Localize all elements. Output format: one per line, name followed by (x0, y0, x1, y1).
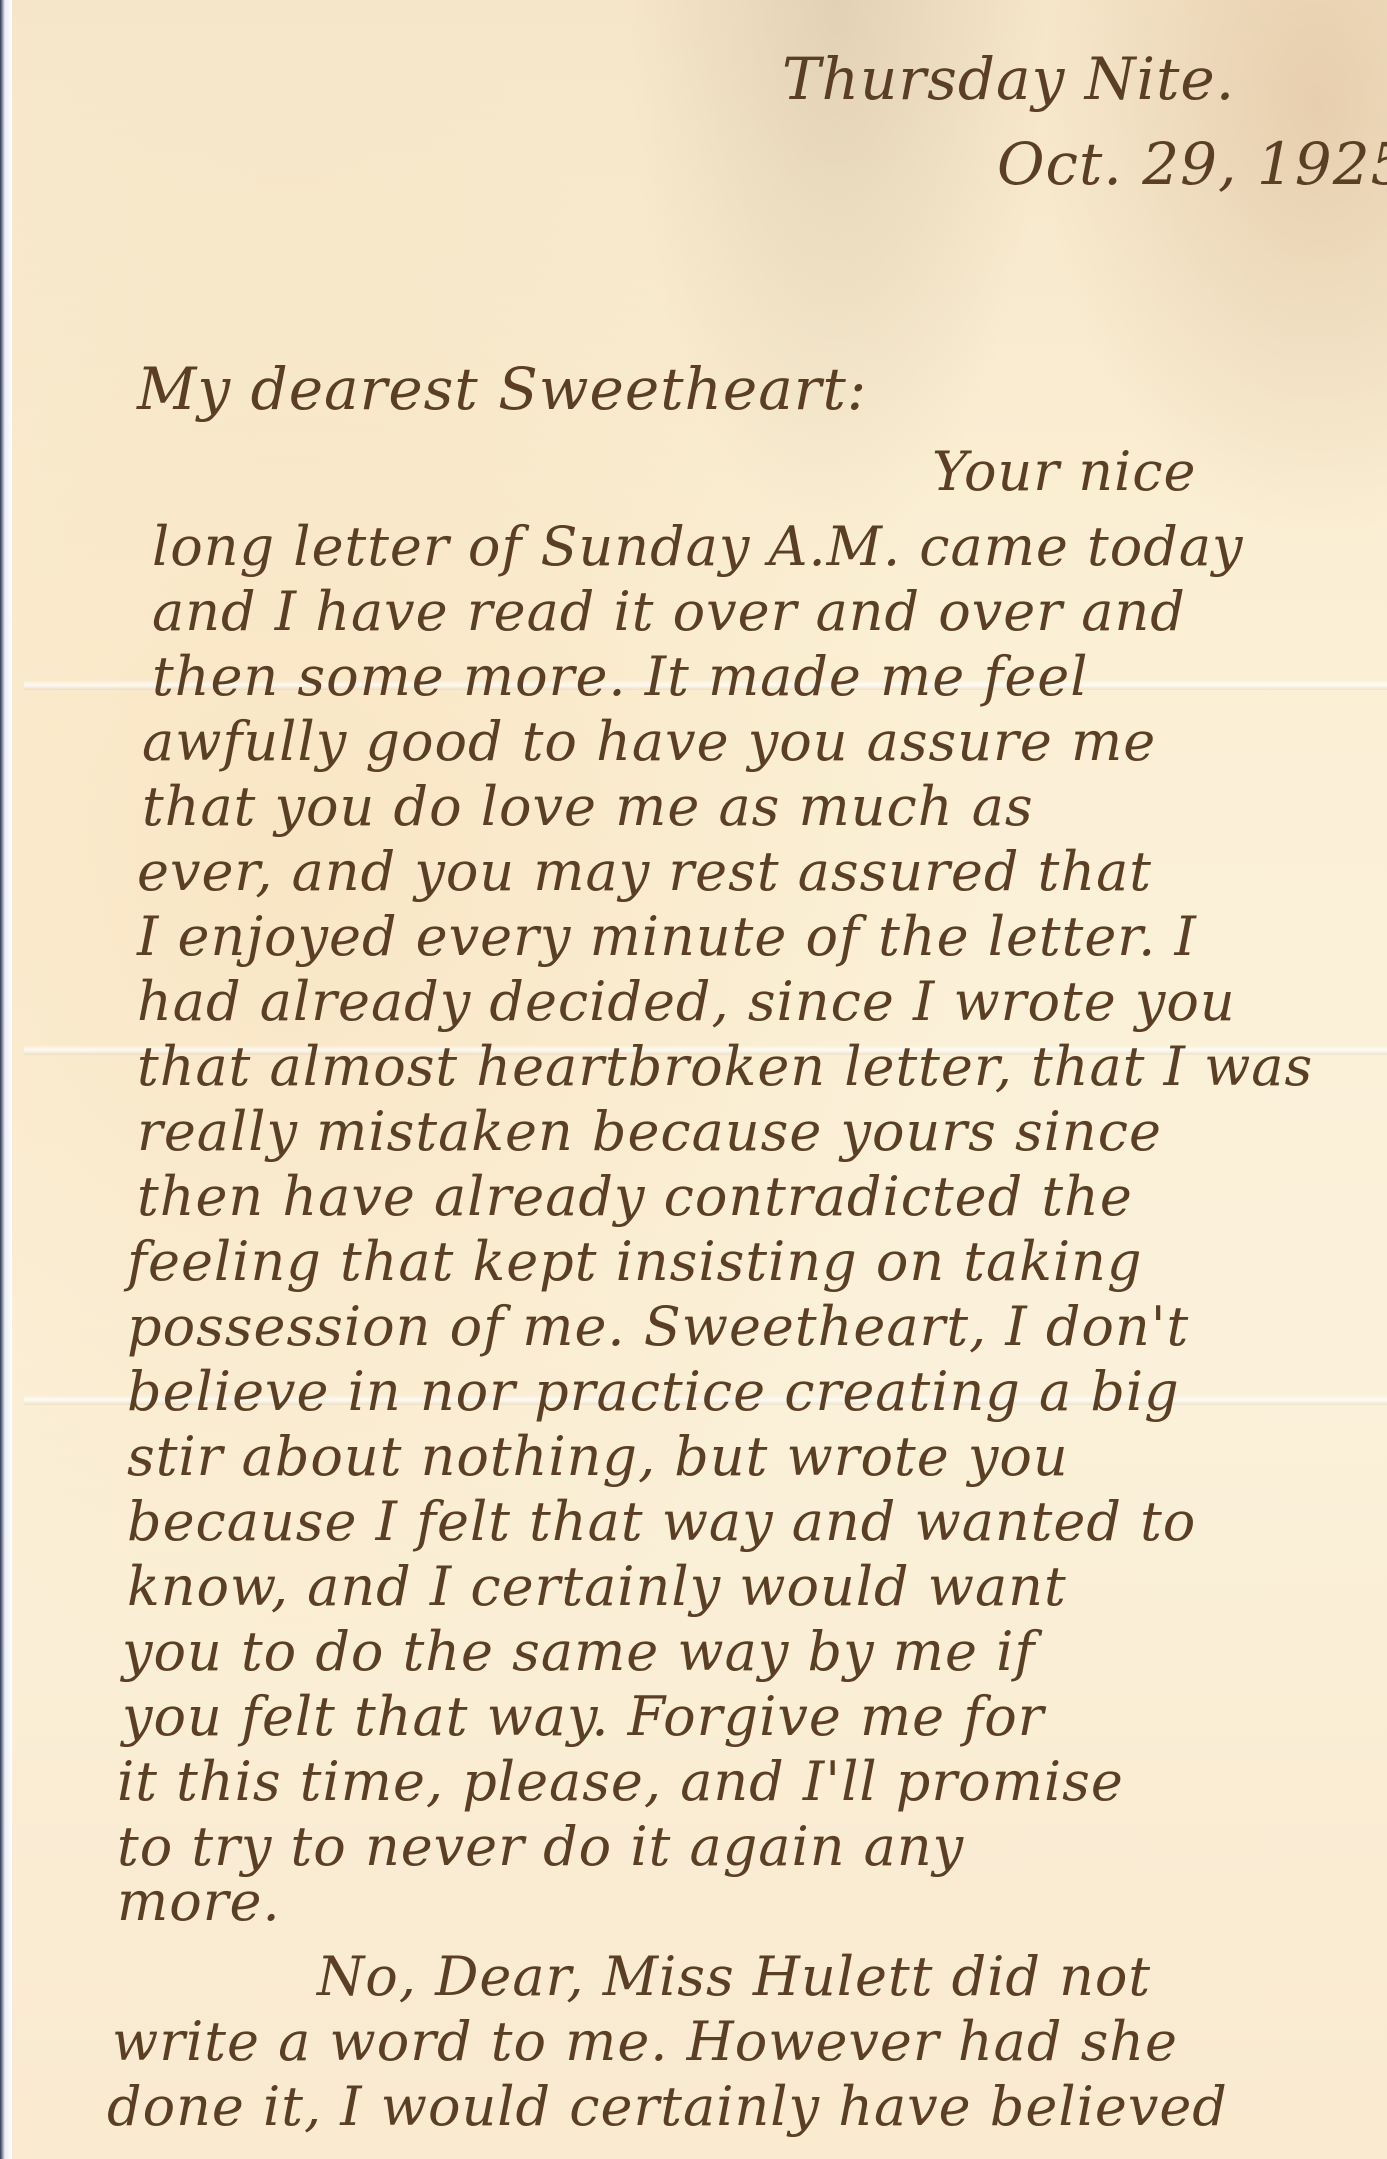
letter-line: ever, and you may rest assured that (137, 840, 1152, 903)
letter-date: Oct. 29, 1925. (997, 130, 1387, 198)
letter-line: possession of me. Sweetheart, I don't (127, 1295, 1189, 1358)
letter-page: Thursday Nite. Oct. 29, 1925. My dearest… (12, 0, 1387, 2159)
letter-line: that you do love me as much as (142, 775, 1034, 838)
letter-line: feeling that kept insisting on taking (127, 1230, 1143, 1293)
letter-line: Your nice (932, 440, 1196, 503)
letter-line: that almost heartbroken letter, that I w… (137, 1035, 1313, 1098)
letter-line: it this time, please, and I'll promise (117, 1750, 1124, 1813)
letter-line: believe in nor practice creating a big (127, 1360, 1180, 1423)
letter-line: know, and I certainly would want (127, 1555, 1067, 1618)
letter-line: write a word to me. However had she (112, 2010, 1178, 2073)
letter-line: done it, I would certainly have believed (107, 2075, 1228, 2138)
letter-line: awfully good to have you assure me (142, 710, 1156, 773)
letter-line: No, Dear, Miss Hulett did not (317, 1945, 1151, 2008)
letter-line: had already decided, since I wrote you (137, 970, 1236, 1033)
letter-line: stir about nothing, but wrote you (127, 1425, 1069, 1488)
letter-line: and I have read it over and over and (152, 580, 1186, 643)
letter-line: you to do the same way by me if (122, 1620, 1035, 1683)
letter-line: really mistaken because yours since (137, 1100, 1162, 1163)
letter-line: more. (117, 1870, 281, 1933)
salutation: My dearest Sweetheart: (137, 355, 867, 423)
letter-line: I enjoyed every minute of the letter. I (137, 905, 1197, 968)
letter-day: Thursday Nite. (782, 45, 1235, 113)
letter-line: because I felt that way and wanted to (127, 1490, 1196, 1553)
letter-line: then have already contradicted the (137, 1165, 1133, 1228)
scan-edge (0, 0, 12, 2159)
letter-line: then some more. It made me feel (152, 645, 1089, 708)
letter-line: you felt that way. Forgive me for (122, 1685, 1045, 1748)
letter-line: to try to never do it again any (117, 1815, 964, 1878)
letter-line: long letter of Sunday A.M. came today (152, 515, 1244, 578)
